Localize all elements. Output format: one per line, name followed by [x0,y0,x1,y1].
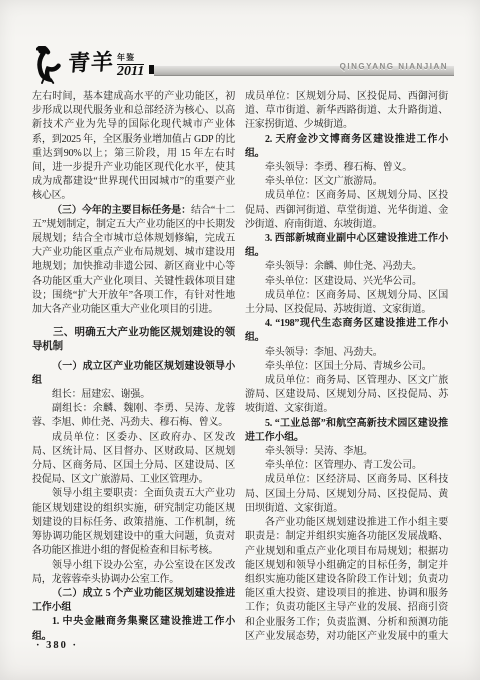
paragraph: 牵头领导：李旭、冯劲夫。 [245,346,448,360]
paragraph: 牵头领导：余麟、帅仕尧、冯劲夫。 [245,260,448,274]
page-header: 青羊 年鉴 2011 QINGYANG NIANJIAN [36,46,454,86]
text-run: 成员单位：区规划分局、区投促局、西御河街道、草市街道、新华西路街道、太升路街道、… [245,91,448,130]
logo-title-calligraphy: 青羊 [67,45,116,81]
text-run: 成员单位：区商务局、区规划分局、区国土分局、区投促局、苏坡街道、文家街道。 [245,290,448,315]
text-run: （一）成立区产业功能区规划建设领导小组 [32,361,235,386]
text-run: 成员单位：区商务局、区规划分局、区投促局、西御河街道、草堂街道、光华街道、金沙街… [245,190,448,229]
section-heading: 三、明确五大产业功能区规划建设的领导机制 [32,326,235,354]
paragraph: 牵头单位：区国土分局、青城乡公司。 [245,360,448,374]
left-column: 左右时间，基本建成高水平的产业功能区，初步形成以现代服务业和总部经济为核心、以高… [32,90,235,642]
yearbook-page: 青羊 年鉴 2011 QINGYANG NIANJIAN 左右时间，基本建成高水… [0,0,480,680]
paragraph: 成员单位：区规划分局、区投促局、西御河街道、草市街道、新华西路街道、太升路街道、… [245,90,448,133]
text-run: 组长：屈建宏、谢强。 [52,389,150,400]
paragraph: 成员单位：区商务局、区规划分局、区投促局、西御河街道、草堂街道、光华街道、金沙街… [245,189,448,232]
text-run: 领导小组下设办公室，办公室设在区发改局，龙蓉蓉牵头协调办公室工作。 [32,560,235,585]
paragraph: 成员单位：区委办、区政府办、区发改局、区统计局、区目督办、区财政局、区规划分局、… [32,431,235,488]
paragraph: 5. “工业总部”和航空高新技术园区建设推进工作小组。 [245,417,448,445]
text-run: 4. “198”现代生态商务区建设推进工作小组。 [245,318,448,343]
paragraph: 各产业功能区规划建设推进工作小组主要职责是：制定并组织实施各功能区发展战略、产业… [245,516,448,642]
paragraph: 2. 天府金沙文博商务区建设推进工作小组。 [245,133,448,161]
text-columns: 左右时间，基本建成高水平的产业功能区，初步形成以现代服务业和总部经济为核心、以高… [32,90,448,642]
text-run: 三、明确五大产业功能区规划建设的领导机制 [32,327,235,352]
yearbook-logo: 青羊 年鉴 2011 [36,46,158,84]
paragraph: 领导小组主要职责：全面负责五大产业功能区规划建设的组织实施，研究制定功能区规划建… [32,487,235,558]
paragraph: 牵头领导：吴涛、李旭。 [245,445,448,459]
text-run: 副组长：余麟、魏刚、李勇、吴涛、龙蓉蓉、李旭、帅仕尧、冯劲夫、穆石梅、曾义。 [32,403,235,428]
text-run: （三）今年的主要目标任务是： [52,205,191,216]
paragraph: 牵头单位：区建设局、兴光华公司。 [245,275,448,289]
text-run: 牵头单位：区文广旅游局。 [265,176,383,187]
right-column: 成员单位：区规划分局、区投促局、西御河街道、草市街道、新华西路街道、太升路街道、… [245,90,448,642]
text-run: 5. “工业总部”和航空高新技术园区建设推进工作小组。 [245,418,448,443]
paragraph: 牵头单位：区文广旅游局。 [245,175,448,189]
text-run: 2. 天府金沙文博商务区建设推进工作小组。 [245,134,448,159]
text-run: 结合“十二五”规划制定，制定五大产业功能区的中长期发展规划；结合全市城市总体规划… [32,205,235,315]
text-run: 1. 中央金融商务集聚区建设推进工作小组。 [32,616,235,641]
paragraph: 成员单位：区经济局、区商务局、区科技局、区国土分局、区规划分局、区投促局、黄田坝… [245,473,448,516]
text-run: 牵头单位：区管理办、青工发公司。 [265,460,422,471]
paragraph: （一）成立区产业功能区规划建设领导小组 [32,360,235,388]
paragraph: 4. “198”现代生态商务区建设推进工作小组。 [245,317,448,345]
text-run: 成员单位：区经济局、区商务局、区科技局、区国土分局、区规划分局、区投促局、黄田坝… [245,474,448,513]
paragraph: 3. 西部新城商业副中心区建设推进工作小组。 [245,232,448,260]
paragraph: 组长：屈建宏、谢强。 [32,388,235,402]
paragraph: 成员单位：区商务局、区规划分局、区国土分局、区投促局、苏坡街道、文家街道。 [245,289,448,317]
logo-year-label: 2011 [117,65,144,78]
paragraph: 成员单位：商务局、区管理办、区文广旅游局、区建设局、区规划分局、区投促局、苏坡街… [245,374,448,417]
paragraph: 副组长：余麟、魏刚、李勇、吴涛、龙蓉蓉、李旭、帅仕尧、冯劲夫、穆石梅、曾义。 [32,402,235,430]
paragraph: 牵头领导：李勇、穆石梅、曾义。 [245,161,448,175]
paragraph: （二）成立 5 个产业功能区规划建设推进工作小组 [32,587,235,615]
text-run: 各产业功能区规划建设推进工作小组主要职责是：制定并组织实施各功能区发展战略、产业… [245,517,448,642]
text-run: 牵头领导：吴涛、李旭。 [265,446,373,457]
text-run: 牵头领导：李旭、冯劲夫。 [265,347,383,358]
paragraph: （三）今年的主要目标任务是：结合“十二五”规划制定，制定五大产业功能区的中长期发… [32,204,235,318]
text-run: 3. 西部新城商业副中心区建设推进工作小组。 [245,233,448,258]
page-number: · 380 · [36,640,78,651]
text-run: 领导小组主要职责：全面负责五大产业功能区规划建设的组织实施，研究制定功能区规划建… [32,488,235,556]
paragraph: 领导小组下设办公室，办公室设在区发改局，龙蓉蓉牵头协调办公室工作。 [32,559,235,587]
text-run: 牵头单位：区国土分局、青城乡公司。 [265,361,432,372]
paragraph: 牵头单位：区管理办、青工发公司。 [245,459,448,473]
paragraph: 左右时间，基本建成高水平的产业功能区，初步形成以现代服务业和总部经济为核心、以高… [32,90,235,204]
goat-icon [36,46,66,84]
text-run: 左右时间，基本建成高水平的产业功能区，初步形成以现代服务业和总部经济为核心、以高… [32,91,235,201]
text-run: 牵头单位：区建设局、兴光华公司。 [265,276,422,287]
paragraph: 1. 中央金融商务集聚区建设推进工作小组。 [32,615,235,642]
text-run: 牵头领导：李勇、穆石梅、曾义。 [265,162,412,173]
text-run: 成员单位：商务局、区管理办、区文广旅游局、区建设局、区规划分局、区投促局、苏坡街… [245,375,448,414]
text-run: 成员单位：区委办、区政府办、区发改局、区统计局、区目督办、区财政局、区规划分局、… [32,432,235,486]
text-run: 牵头领导：余麟、帅仕尧、冯劲夫。 [265,261,422,272]
text-run: （二）成立 5 个产业功能区规划建设推进工作小组 [32,588,235,613]
logo-year-stack: 年鉴 2011 [117,52,144,78]
header-banner-text: QINGYANG NIANJIAN [340,62,448,71]
